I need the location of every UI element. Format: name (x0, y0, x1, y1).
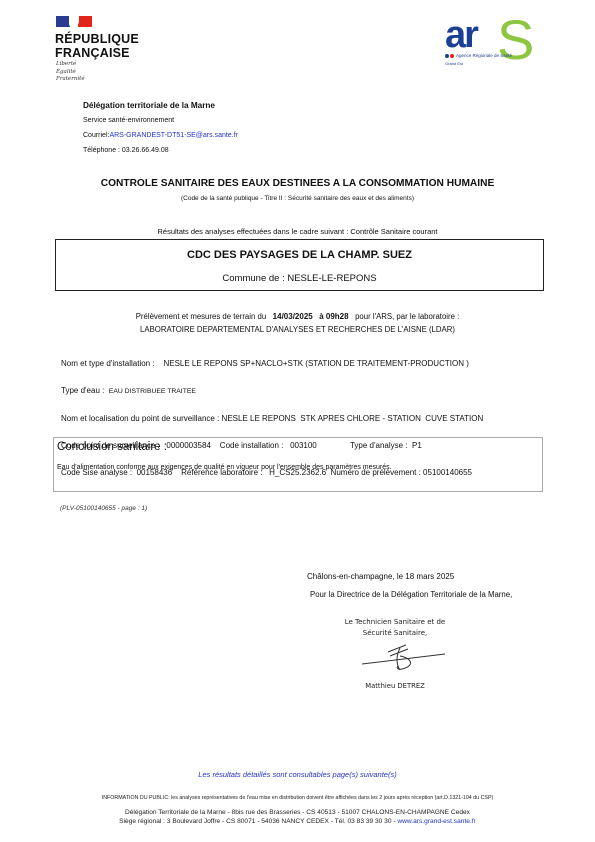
address-siege-line: Siège régional : 3 Boulevard Joffre - CS… (0, 818, 595, 827)
conclusion-title: Conclusion sanitaire : (57, 441, 167, 453)
point-row: Nom et localisation du point de surveill… (61, 412, 483, 425)
ars-region: Grand Est (445, 61, 463, 66)
laboratoire-name: LABORATOIRE DEPARTEMENTAL D'ANALYSES ET … (0, 323, 595, 336)
installation-label: Nom et type d'installation : (61, 359, 155, 368)
prelevement-info: Prélèvement et mesures de terrain du 14/… (0, 310, 595, 336)
prelevement-line: Prélèvement et mesures de terrain du 14/… (0, 310, 595, 323)
unit-name: CDC DES PAYSAGES DE LA CHAMP. SUEZ (56, 249, 543, 261)
installation-value: NESLE LE REPONS SP+NACLO+STK (STATION DE… (163, 359, 468, 368)
prelevement-prefix: Prélèvement et mesures de terrain du (136, 312, 266, 321)
signature-pour: Pour la Directrice de la Délégation Terr… (310, 590, 530, 600)
ars-subtitle-text: Agence Régionale de Santé (456, 53, 512, 58)
ars-subtitle: Agence Régionale de Santé (445, 53, 512, 58)
prelevement-date: 14/03/2025 (273, 312, 313, 321)
marianne-flag-icon (56, 16, 92, 30)
unit-box: CDC DES PAYSAGES DE LA CHAMP. SUEZ Commu… (55, 239, 544, 291)
motto-liberte: Liberté (56, 61, 85, 69)
signature-role: Le Technicien Sanitaire et de Sécurité S… (320, 617, 470, 639)
role-line1: Le Technicien Sanitaire et de (320, 617, 470, 628)
rf-title-line1: RÉPUBLIQUE (55, 32, 139, 46)
ars-logo-ar: ar (445, 18, 477, 52)
footer-address: Délégation Territoriale de la Marne - 8b… (0, 809, 595, 826)
prelevement-time: à 09h28 (319, 312, 348, 321)
type-eau-row: Type d'eau : EAU DISTRIBUEE TRAITEE (61, 384, 483, 398)
website-link[interactable]: www.ars.grand-est.sante.fr (397, 818, 475, 825)
delegation-header: Délégation territoriale de la Marne Serv… (83, 98, 238, 158)
motto-fraternite: Fraternité (56, 76, 85, 84)
installation-row: Nom et type d'installation : NESLE LE RE… (61, 357, 483, 370)
dot-icon (450, 54, 454, 58)
signatory-name: Matthieu DETREZ (320, 682, 470, 690)
document-title: CONTROLE SANITAIRE DES EAUX DESTINEES A … (0, 178, 595, 189)
courriel-label: Courriel: (83, 132, 109, 139)
telephone: Téléphone : 03.26.66.49.08 (83, 143, 238, 158)
ars-logo: ar S Agence Régionale de Santé Grand Est (445, 14, 545, 74)
address-dt: Délégation Territoriale de la Marne - 8b… (0, 809, 595, 818)
public-information: INFORMATION DU PUBLIC: les analyses repr… (0, 795, 595, 801)
dot-icon (445, 54, 449, 58)
prelevement-suffix: pour l'ARS, par le laboratoire : (355, 312, 459, 321)
rf-motto: Liberté Égalité Fraternité (56, 61, 85, 84)
document-subtitle: (Code de la santé publique - Titre II : … (0, 195, 595, 202)
handwritten-signature-icon (360, 642, 450, 672)
cadre-text: Résultats des analyses effectuées dans l… (0, 227, 595, 236)
delegation-name: Délégation territoriale de la Marne (83, 98, 238, 113)
courriel-link[interactable]: ARS-GRANDEST-DT51-SE@ars.sante.fr (109, 132, 237, 139)
motto-egalite: Égalité (56, 69, 85, 77)
conclusion-box: Conclusion sanitaire : Eau d'alimentatio… (53, 437, 543, 492)
rf-title-line2: FRANÇAISE (55, 46, 139, 60)
courriel-line: Courriel:ARS-GRANDEST-DT51-SE@ars.sante.… (83, 128, 238, 143)
detailed-results-note: Les résultats détaillés sont consultable… (0, 770, 595, 779)
point-value: NESLE LE REPONS STK APRES CHLORE - STATI… (222, 414, 484, 423)
service-name: Service santé-environnement (83, 113, 238, 128)
type-eau-value: EAU DISTRIBUEE TRAITEE (109, 388, 196, 395)
address-siege: Siège régional : 3 Boulevard Joffre - CS… (119, 818, 397, 825)
commune-name: Commune de : NESLE-LE-REPONS (56, 273, 543, 284)
ars-logo-s: S (497, 12, 534, 68)
republique-francaise-logo: RÉPUBLIQUE FRANÇAISE (55, 32, 139, 60)
type-eau-label: Type d'eau : (61, 386, 104, 395)
signature-place-date: Châlons-en-champagne, le 18 mars 2025 (307, 572, 454, 581)
role-line2: Sécurité Sanitaire, (320, 628, 470, 639)
conclusion-text: Eau d'alimentation conforme aux exigence… (57, 464, 392, 471)
point-label: Nom et localisation du point de surveill… (61, 414, 219, 423)
plv-reference: (PLV-05100140655 - page : 1) (60, 505, 147, 512)
